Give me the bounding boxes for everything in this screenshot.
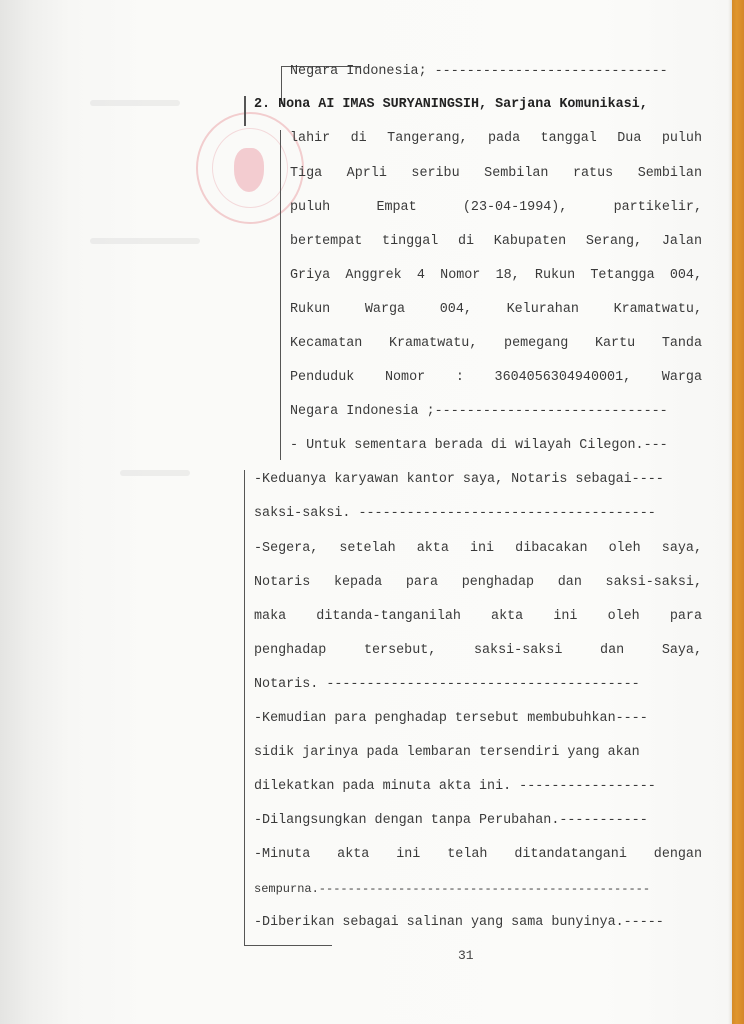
text-line: sempurna.-------------------------------… <box>254 881 650 897</box>
page-edge-binding <box>732 0 744 1024</box>
text-line: -Segera, setelah akta ini dibacakan oleh… <box>254 541 702 557</box>
text-line: saksi-saksi. ---------------------------… <box>254 506 656 522</box>
margin-line <box>244 96 246 126</box>
text-line: -Keduanya karyawan kantor saya, Notaris … <box>254 472 664 488</box>
text-line: Kecamatan Kramatwatu, pemegang Kartu Tan… <box>290 336 702 352</box>
garuda-emblem-icon <box>234 148 264 192</box>
text-line: Notaris. -------------------------------… <box>254 677 640 693</box>
page-number: 31 <box>458 948 474 963</box>
margin-line <box>244 470 245 946</box>
text-line: Tiga Aprli seribu Sembilan ratus Sembila… <box>290 166 702 182</box>
bleed-through-text <box>90 238 200 244</box>
text-line: Rukun Warga 004, Kelurahan Kramatwatu, <box>290 302 702 318</box>
text-line: - Untuk sementara berada di wilayah Cile… <box>290 438 668 454</box>
text-line: Penduduk Nomor : 3604056304940001, Warga <box>290 370 702 386</box>
text-line: -Minuta akta ini telah ditandatangani de… <box>254 847 702 863</box>
text-line: Negara Indonesia ;----------------------… <box>290 404 668 420</box>
text-line: sidik jarinya pada lembaran tersendiri y… <box>254 745 640 761</box>
text-line: -Kemudian para penghadap tersebut membub… <box>254 711 648 727</box>
text-line: -Dilangsungkan dengan tanpa Perubahan.--… <box>254 813 648 829</box>
text-line: puluh Empat (23-04-1994), partikelir, <box>290 200 702 216</box>
text-line: Notaris kepada para penghadap dan saksi-… <box>254 575 702 591</box>
margin-line <box>244 945 332 946</box>
text-line: bertempat tinggal di Kabupaten Serang, J… <box>290 234 702 250</box>
witness-name-line: 2. Nona AI IMAS SURYANINGSIH, Sarjana Ko… <box>254 97 648 113</box>
text-line: -Diberikan sebagai salinan yang sama bun… <box>254 915 664 931</box>
text-line: Griya Anggrek 4 Nomor 18, Rukun Tetangga… <box>290 268 702 284</box>
bleed-through-text <box>120 470 190 476</box>
bleed-through-text <box>90 100 180 106</box>
notary-seal-stamp <box>196 112 304 224</box>
text-line: penghadap tersebut, saksi-saksi dan Saya… <box>254 643 702 659</box>
text-line: maka ditanda-tanganilah akta ini oleh pa… <box>254 609 702 625</box>
text-line: Negara Indonesia; ----------------------… <box>290 64 668 80</box>
text-line: dilekatkan pada minuta akta ini. -------… <box>254 779 656 795</box>
text-line: lahir di Tangerang, pada tanggal Dua pul… <box>290 131 702 147</box>
margin-line <box>280 130 281 460</box>
